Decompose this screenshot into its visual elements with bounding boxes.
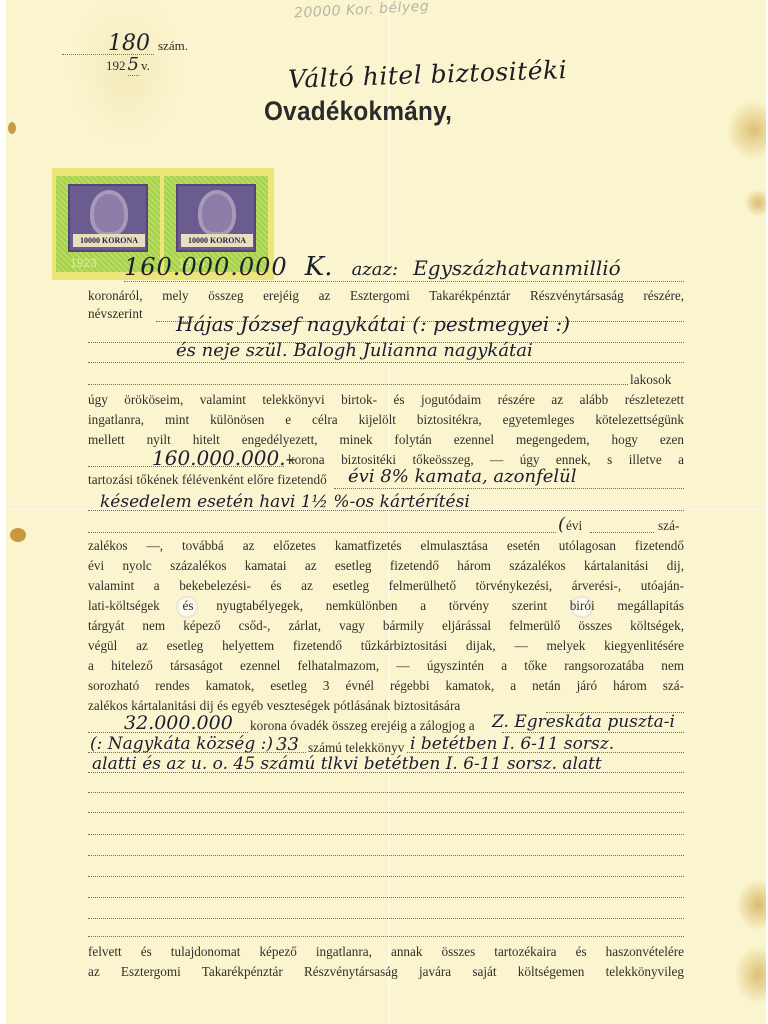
dotted-line	[88, 876, 684, 877]
dotted-line	[334, 488, 684, 489]
number-label: szám.	[158, 38, 188, 54]
text-line: korona óvadék összeg erejéig a zálogjog …	[250, 718, 475, 734]
amount-azaz: azaz:	[352, 259, 399, 280]
interest-terms: évi 8% kamata, azonfelül	[348, 466, 577, 487]
document-number: 180	[62, 34, 154, 55]
land-register-number: 33	[276, 734, 299, 755]
stamp-value: 10000 KORONA	[73, 234, 145, 247]
document-page: 20000 Kor. bélyeg 180 szám. 192 5 v. Vál…	[6, 0, 766, 1024]
dotted-line	[88, 834, 684, 835]
amount-figure: 160.000.000	[124, 253, 288, 281]
debtor-names: Hájas József nagykátai (: pestmegyei :)	[176, 312, 570, 336]
text-line: valamint a bekebelezési- és az esetleg f…	[88, 578, 684, 594]
dotted-line	[590, 532, 654, 533]
interest-terms-2: késedelem esetén havi 1½ %-os kártérítés…	[100, 492, 470, 512]
dotted-line	[88, 510, 684, 511]
text-line: végül az esetleg helyettem fizetendő tűz…	[88, 638, 684, 654]
portrait-icon	[94, 194, 124, 232]
dotted-line	[88, 897, 684, 898]
text-line: felvett és tulajdonomat képező ingatlanr…	[88, 944, 684, 960]
text-line: ingatlanra, mint különösen e célra kijel…	[88, 412, 684, 428]
capital-amount: 160.000.000.–	[152, 446, 296, 470]
stamp-year: 1923	[70, 256, 97, 270]
stamp-value: 10000 KORONA	[181, 234, 253, 247]
dotted-line	[88, 384, 628, 385]
text-line: évi nyolc százalékos kamatai az esetleg …	[88, 558, 684, 574]
amount-line: 160.000.000 K. azaz: Egyszázhatvanmillió	[124, 252, 684, 282]
land-register-entry-2: alatti és az u. o. 45 számú tlkvi betétb…	[92, 754, 602, 774]
text-line: tárgyát nem képező csőd-, zárlat, vagy b…	[88, 618, 684, 634]
number-block: 180 szám. 192 5 v.	[62, 34, 188, 74]
land-register-entry: i betétben I. 6-11 sorsz.	[410, 734, 614, 754]
dotted-line	[88, 812, 684, 813]
dotted-line	[88, 936, 684, 937]
year-suffix: v.	[141, 58, 150, 74]
text-line: lati-költségek és nyugtabélyegek, nemkül…	[88, 598, 684, 614]
bracket-mark: (	[558, 514, 565, 535]
dotted-line	[502, 732, 684, 733]
year-digit: 5	[128, 54, 139, 76]
printed-title: Ovadékokmány,	[264, 96, 452, 127]
amount-words: Egyszázhatvanmillió	[413, 256, 621, 280]
text-line: a hitelező társaságot ezennel felhatalma…	[88, 658, 684, 674]
vertical-fold	[388, 0, 390, 1024]
dotted-line	[88, 362, 684, 363]
evi-label: évi	[566, 518, 582, 534]
stamp-portrait: 10000 KORONA	[176, 184, 256, 252]
text-line: az Esztergomi Takarékpénztár Részvénytár…	[88, 964, 684, 980]
text-line: zalékos —, továbbá az előzetes kamatfize…	[88, 538, 684, 554]
dotted-line	[88, 792, 684, 793]
text-line: koronáról, mely összeg erejéig az Eszter…	[88, 288, 684, 304]
dotted-line	[88, 855, 684, 856]
stain	[8, 122, 16, 134]
portrait-icon	[202, 194, 232, 232]
sza-label: szá-	[658, 518, 679, 534]
text-line: úgy örököseim, valamint telekkönyvi birt…	[88, 392, 684, 408]
property-location: Z. Egreskáta puszta-i	[492, 712, 675, 732]
dotted-line	[88, 532, 556, 533]
pencil-note: 20000 Kor. bélyeg	[294, 0, 430, 22]
debtor-names-2: és neje szül. Balogh Julianna nagykátai	[176, 340, 533, 361]
deposit-amount: 32.000.000	[124, 712, 233, 734]
handwritten-title: Váltó hitel biztositéki	[288, 55, 568, 94]
municipality: (: Nagykáta község :)	[90, 734, 273, 754]
nevszerint-label: névszerint	[88, 306, 143, 322]
text-line: tartozási tőkének félévenként előre fize…	[88, 472, 327, 488]
amount-currency: K.	[305, 252, 333, 282]
lakosok-label: lakosok	[630, 372, 671, 388]
dotted-line	[88, 918, 684, 919]
year-prefix: 192	[106, 58, 126, 74]
stain	[10, 528, 26, 542]
text-line: sorozható rendes kamatok, esetleg 3 évné…	[88, 678, 684, 694]
stamp-portrait: 10000 KORONA	[68, 184, 148, 252]
